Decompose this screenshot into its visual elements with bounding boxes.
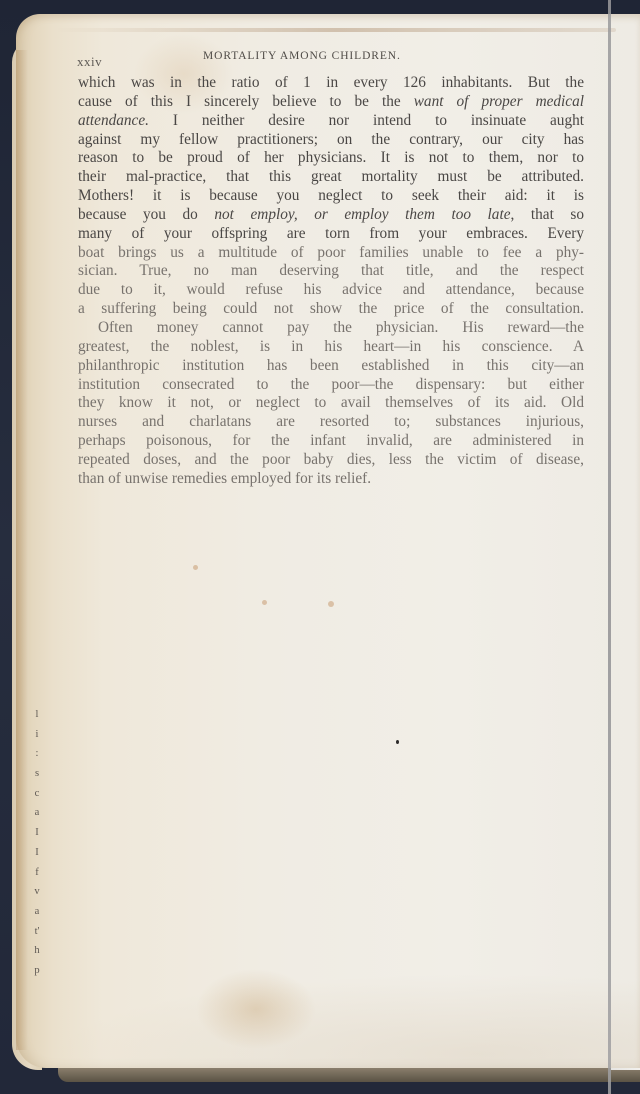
text-segment: due to it, would refuse his advice and a…	[78, 281, 584, 298]
page-number: xxiv	[77, 54, 102, 70]
text-segment: repeated doses, and the poor baby dies, …	[78, 451, 584, 468]
text-segment: philanthropic institution has been estab…	[78, 357, 584, 374]
text-segment: greatest, the noblest, is in his heart—i…	[78, 338, 584, 355]
margin-letter: l	[30, 705, 44, 725]
italic-text: attendance.	[78, 112, 149, 129]
text-line: many of your offspring are torn from you…	[78, 225, 584, 244]
text-line: nurses and charlatans are resorted to; s…	[78, 413, 584, 432]
foxing-spot	[193, 565, 198, 570]
text-line: because you do not employ, or employ the…	[78, 206, 584, 225]
page-edge-shadow	[16, 50, 28, 1050]
margin-letter: v	[30, 882, 44, 902]
text-segment: I neither desire nor intend to insinuate…	[149, 112, 584, 129]
text-segment: because you do	[78, 206, 214, 223]
gutter-line	[608, 0, 611, 1094]
page-header: xxiv MORTALITY AMONG CHILDREN.	[77, 48, 597, 70]
text-line: Mothers! it is because you neglect to se…	[78, 187, 584, 206]
margin-letter: I	[30, 843, 44, 863]
text-segment: , that so	[511, 206, 585, 223]
body-text: which was in the ratio of 1 in every 126…	[78, 74, 584, 489]
margin-letter: t'	[30, 922, 44, 942]
text-segment: than of unwise remedies employed for its…	[78, 470, 371, 487]
text-segment: Often money cannot pay the physician. Hi…	[98, 319, 584, 336]
text-segment: they know it not, or neglect to avail th…	[78, 394, 584, 411]
text-line: institution consecrated to the poor—the …	[78, 376, 584, 395]
text-line: than of unwise remedies employed for its…	[78, 470, 584, 489]
text-segment: perhaps poisonous, for the infant invali…	[78, 432, 584, 449]
margin-letter: I	[30, 823, 44, 843]
text-line: a suffering being could not show the pri…	[78, 300, 584, 319]
text-segment: institution consecrated to the poor—the …	[78, 376, 584, 393]
margin-letter: c	[30, 784, 44, 804]
text-line: sician. True, no man deserving that titl…	[78, 262, 584, 281]
margin-letter: a	[30, 803, 44, 823]
ink-dot	[396, 740, 399, 744]
text-segment: Mothers! it is because you neglect to se…	[78, 187, 584, 204]
text-segment: reason to be proud of her physicians. It…	[78, 149, 584, 166]
italic-text: not employ, or employ them too late	[214, 206, 510, 223]
text-segment: sician. True, no man deserving that titl…	[78, 262, 584, 279]
margin-letter: :	[30, 744, 44, 764]
text-segment: nurses and charlatans are resorted to; s…	[78, 413, 584, 430]
text-segment: which was in the ratio of 1 in every 126…	[78, 74, 584, 91]
text-line: they know it not, or neglect to avail th…	[78, 394, 584, 413]
text-segment: many of your offspring are torn from you…	[78, 225, 584, 242]
margin-letter: h	[30, 941, 44, 961]
foxing-spot	[262, 600, 267, 605]
margin-letter: a	[30, 902, 44, 922]
text-line: due to it, would refuse his advice and a…	[78, 281, 584, 300]
text-segment: their mal-practice, that this great mort…	[78, 168, 584, 185]
margin-bleed-letters: li:scaIIfvat'hp	[30, 705, 44, 981]
page-stack-bottom-edge	[58, 1068, 640, 1082]
text-line: against my fellow practitioners; on the …	[78, 131, 584, 150]
text-line: Often money cannot pay the physician. Hi…	[78, 319, 584, 338]
italic-text: want of proper medical	[414, 93, 584, 110]
margin-letter: i	[30, 725, 44, 745]
margin-letter: p	[30, 961, 44, 981]
text-segment: against my fellow practitioners; on the …	[78, 131, 584, 148]
margin-letter: s	[30, 764, 44, 784]
margin-letter: f	[30, 863, 44, 883]
text-line: which was in the ratio of 1 in every 126…	[78, 74, 584, 93]
text-line: greatest, the noblest, is in his heart—i…	[78, 338, 584, 357]
text-segment: boat brings us a multitude of poor famil…	[78, 244, 584, 261]
foxing-spot	[328, 601, 334, 607]
page-top-discoloration	[56, 28, 616, 32]
text-line: attendance. I neither desire nor intend …	[78, 112, 584, 131]
text-line: reason to be proud of her physicians. It…	[78, 149, 584, 168]
text-segment: a suffering being could not show the pri…	[78, 300, 584, 317]
text-line: perhaps poisonous, for the infant invali…	[78, 432, 584, 451]
text-line: their mal-practice, that this great mort…	[78, 168, 584, 187]
running-head: MORTALITY AMONG CHILDREN.	[203, 50, 401, 62]
text-line: philanthropic institution has been estab…	[78, 357, 584, 376]
text-line: repeated doses, and the poor baby dies, …	[78, 451, 584, 470]
text-segment: cause of this I sincerely believe to be …	[78, 93, 414, 110]
text-line: cause of this I sincerely believe to be …	[78, 93, 584, 112]
text-line: boat brings us a multitude of poor famil…	[78, 244, 584, 263]
